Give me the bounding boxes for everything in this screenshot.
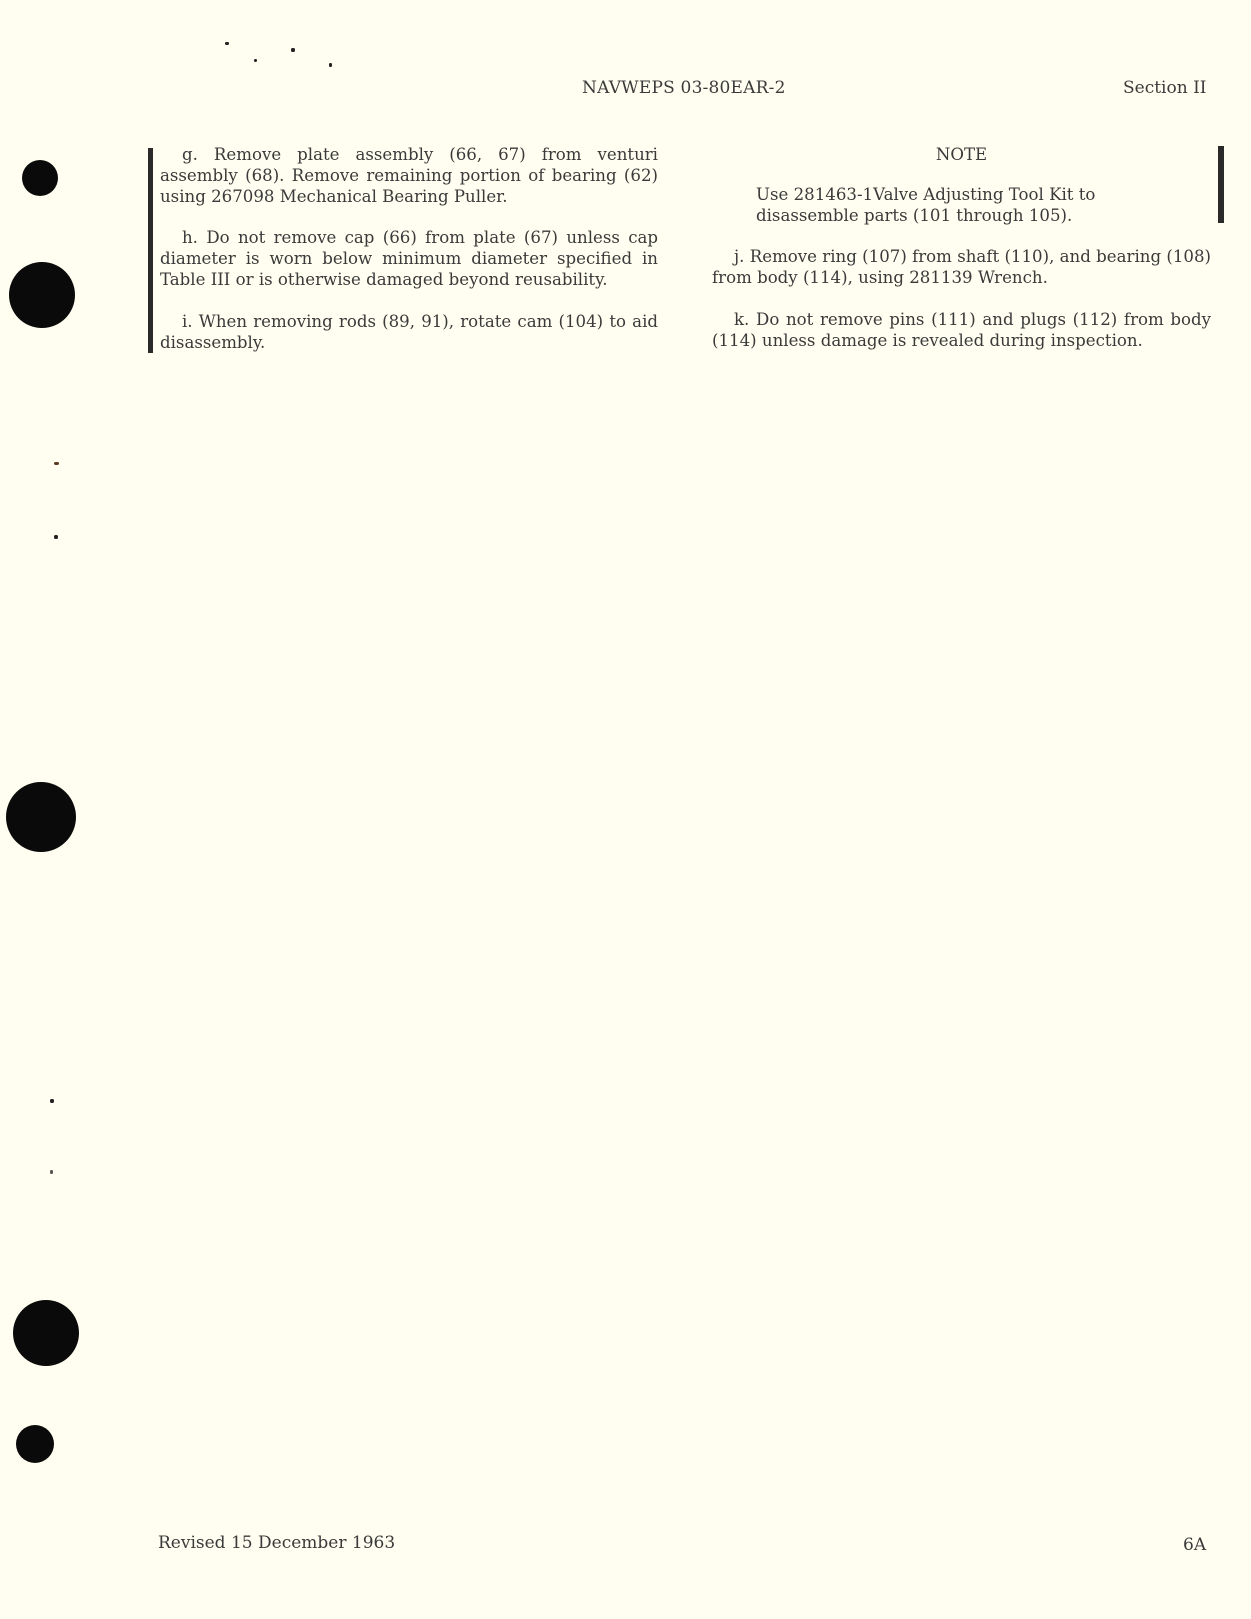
step-text: Remove ring (107) from shaft (110), and … bbox=[712, 247, 1211, 287]
revision-date: Revised 15 December 1963 bbox=[158, 1533, 395, 1553]
right-column: NOTE Use 281463-1Valve Adjusting Tool Ki… bbox=[712, 145, 1211, 373]
punch-hole bbox=[6, 782, 76, 852]
section-label: Section II bbox=[1123, 78, 1207, 98]
note-text: Use 281463-1Valve Adjusting Tool Kit to … bbox=[756, 185, 1175, 227]
left-column: g. Remove plate assembly (66, 67) from v… bbox=[160, 145, 658, 374]
scan-speck bbox=[329, 63, 332, 67]
step-k: k. Do not remove pins (111) and plugs (1… bbox=[712, 310, 1211, 352]
scan-speck bbox=[291, 48, 295, 52]
step-label: j. bbox=[712, 247, 744, 266]
step-label: g. bbox=[160, 145, 198, 164]
punch-hole bbox=[22, 160, 58, 196]
step-text: Do not remove pins (111) and plugs (112)… bbox=[712, 310, 1211, 350]
step-g: g. Remove plate assembly (66, 67) from v… bbox=[160, 145, 658, 207]
note-heading: NOTE bbox=[712, 145, 1211, 166]
step-h: h. Do not remove cap (66) from plate (67… bbox=[160, 228, 658, 290]
step-text: Do not remove cap (66) from plate (67) u… bbox=[160, 228, 658, 289]
step-label: k. bbox=[712, 310, 749, 329]
punch-hole bbox=[9, 262, 75, 328]
change-bar-left bbox=[148, 148, 153, 353]
scan-speck bbox=[54, 462, 59, 465]
step-label: h. bbox=[160, 228, 198, 247]
punch-hole bbox=[16, 1425, 54, 1463]
scan-speck bbox=[254, 59, 257, 62]
document-number: NAVWEPS 03-80EAR-2 bbox=[582, 78, 786, 98]
scan-speck bbox=[50, 1099, 54, 1103]
scan-speck bbox=[225, 42, 229, 45]
step-text: Remove plate assembly (66, 67) from vent… bbox=[160, 145, 658, 206]
step-label: i. bbox=[160, 312, 193, 331]
page-number: 6A bbox=[1183, 1535, 1206, 1555]
change-bar-right bbox=[1218, 146, 1224, 223]
punch-hole bbox=[13, 1300, 79, 1366]
step-text: When removing rods (89, 91), rotate cam … bbox=[160, 312, 658, 352]
step-j: j. Remove ring (107) from shaft (110), a… bbox=[712, 247, 1211, 289]
scan-speck bbox=[50, 1170, 53, 1174]
scan-speck bbox=[54, 535, 58, 539]
step-i: i. When removing rods (89, 91), rotate c… bbox=[160, 312, 658, 354]
